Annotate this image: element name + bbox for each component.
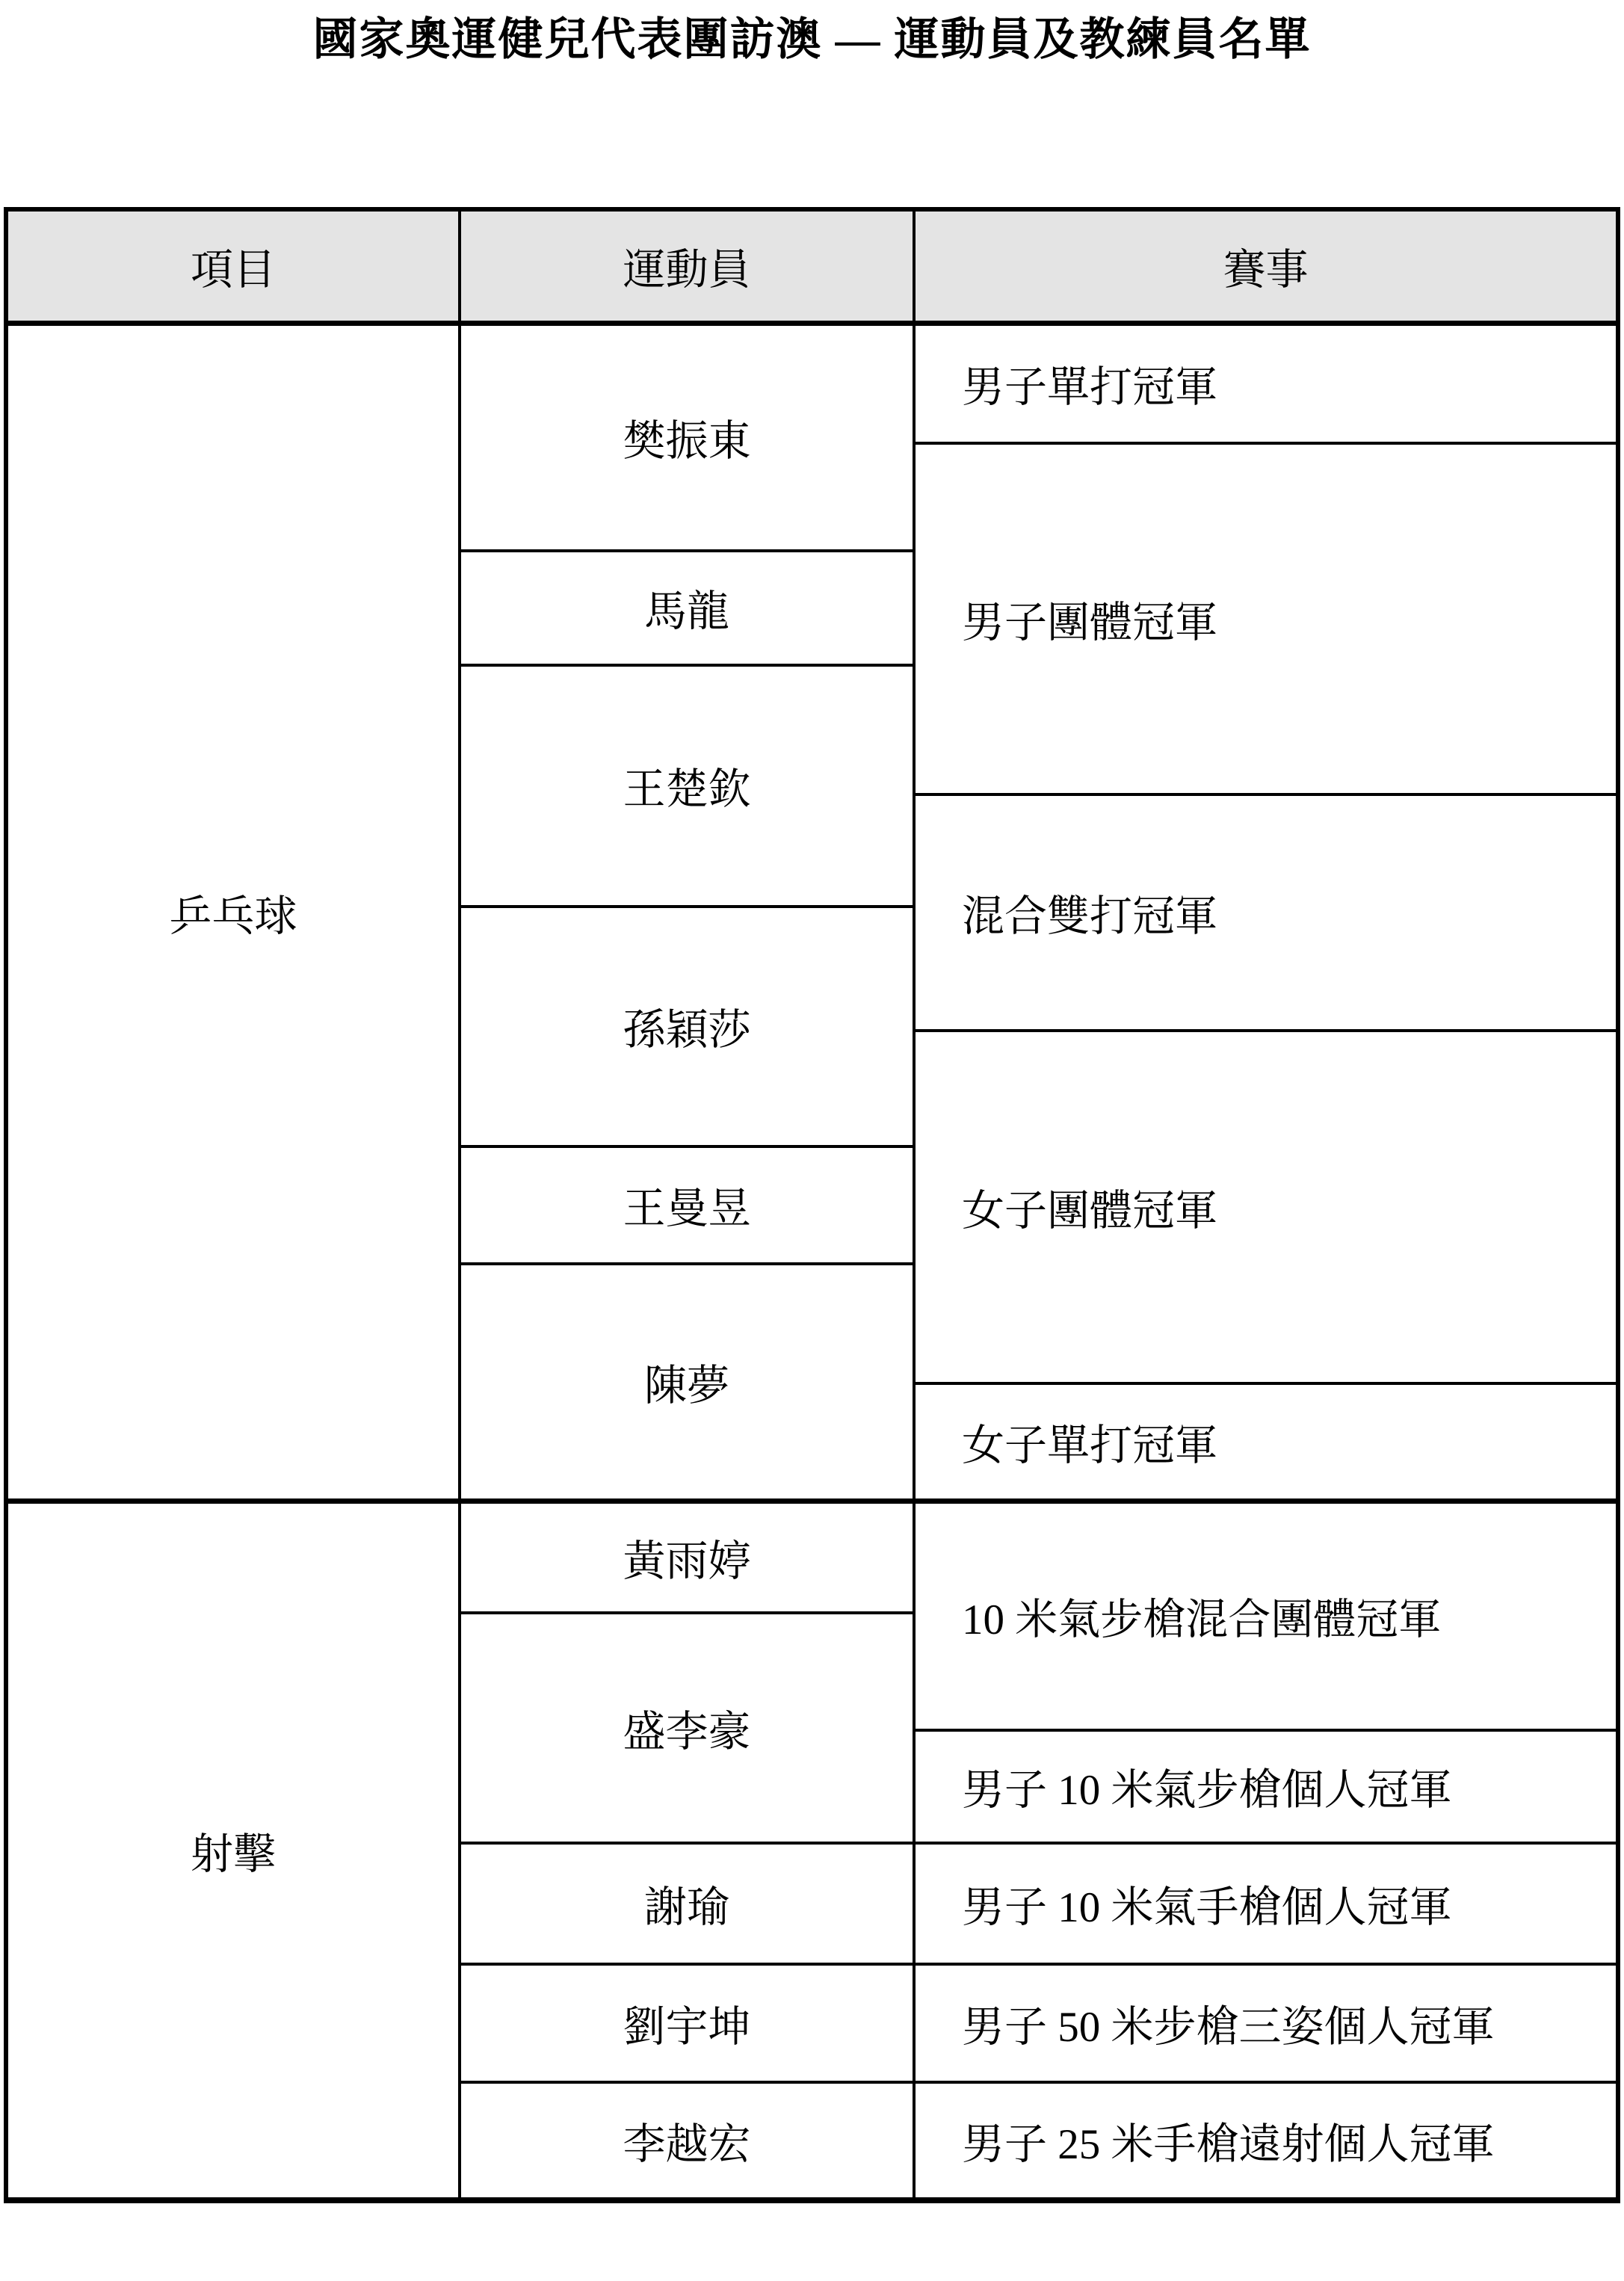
athlete-cell: 王曼昱 [460,1146,914,1264]
athlete-cell: 王楚欽 [460,665,914,907]
event-cell: 男子 50 米步槍三姿個人冠軍 [914,1964,1618,2082]
athlete-cell: 孫穎莎 [460,907,914,1146]
table-row: 射擊 黃雨婷 10 米氣步槍混合團體冠軍 [6,1501,1618,1613]
page-title: 國家奧運健兒代表團訪澳 — 運動員及教練員名單 [0,0,1624,68]
athlete-cell: 馬龍 [460,551,914,665]
header-sport-cell: 項目 [6,209,460,324]
event-cell: 混合雙打冠軍 [914,794,1618,1031]
athlete-cell: 盛李豪 [460,1613,914,1843]
table-row: 乒乓球 樊振東 男子單打冠軍 [6,324,1618,443]
event-cell: 10 米氣步槍混合團體冠軍 [914,1501,1618,1730]
athlete-cell: 黃雨婷 [460,1501,914,1613]
athlete-cell: 陳夢 [460,1264,914,1501]
sport-cell-table-tennis: 乒乓球 [6,324,460,1501]
athlete-cell: 李越宏 [460,2082,914,2200]
athlete-cell: 樊振東 [460,324,914,551]
athlete-cell: 謝瑜 [460,1843,914,1964]
roster-table: 項目 運動員 賽事 乒乓球 樊振東 男子單打冠軍 男子團體冠軍 馬龍 王楚欽 混… [4,207,1620,2203]
event-cell: 男子 25 米手槍遠射個人冠軍 [914,2082,1618,2200]
header-athlete-cell: 運動員 [460,209,914,324]
event-cell: 女子單打冠軍 [914,1383,1618,1501]
document-page: 國家奧運健兒代表團訪澳 — 運動員及教練員名單 項目 運動員 賽事 乒乓球 樊振… [0,0,1624,2281]
event-cell: 男子單打冠軍 [914,324,1618,443]
header-event-cell: 賽事 [914,209,1618,324]
event-cell: 男子團體冠軍 [914,443,1618,794]
athlete-cell: 劉宇坤 [460,1964,914,2082]
event-cell: 男子 10 米氣步槍個人冠軍 [914,1730,1618,1843]
sport-cell-shooting: 射擊 [6,1501,460,2200]
header-row: 項目 運動員 賽事 [6,209,1618,324]
event-cell: 女子團體冠軍 [914,1031,1618,1383]
event-cell: 男子 10 米氣手槍個人冠軍 [914,1843,1618,1964]
